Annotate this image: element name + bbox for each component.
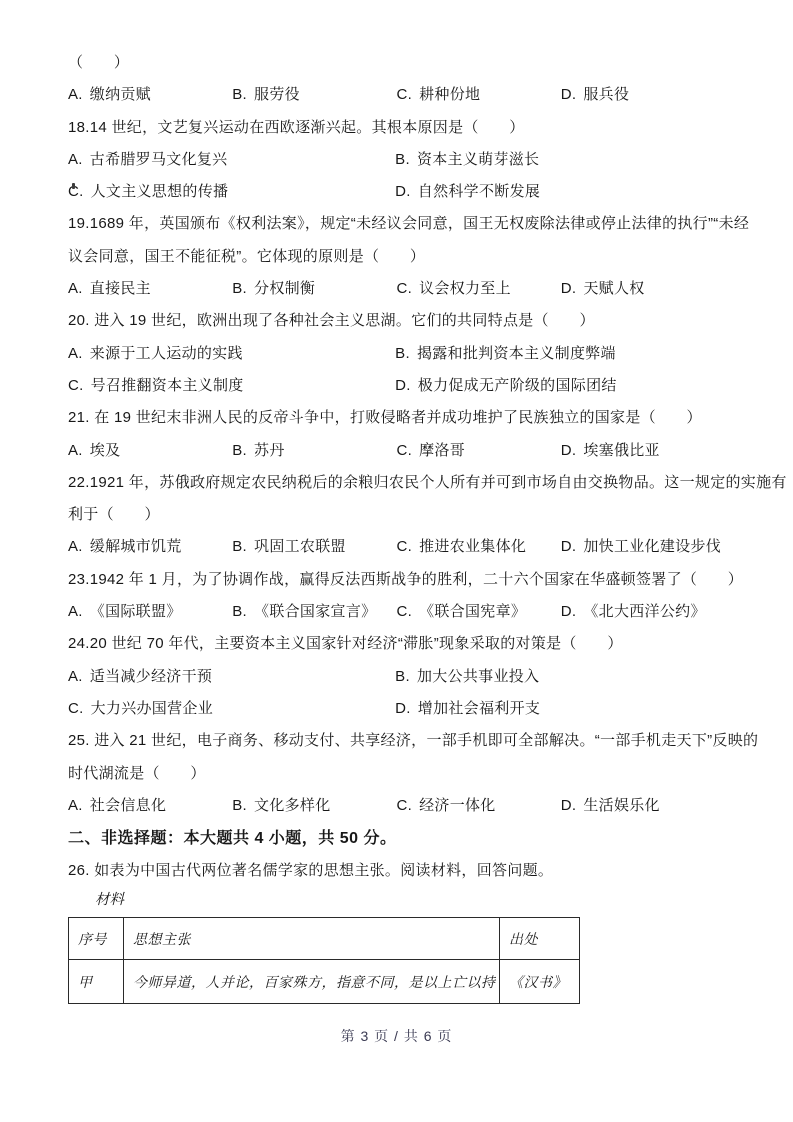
page-content: （ ）A.缴纳贡赋B.服劳役C.耕种份地D.服兵役18.14 世纪，文艺复兴运动…: [0, 0, 793, 1004]
option-label: C.: [68, 377, 84, 394]
question-text: 20. 进入 19 世纪，欧洲出现了各种社会主义思湖。它们的共同特点是（ ）: [68, 305, 725, 337]
option-text: 《国际联盟》: [90, 603, 182, 620]
option-text: 《联合国家宣言》: [254, 603, 376, 620]
option-label: C.: [397, 86, 413, 103]
option-label: D.: [561, 442, 577, 459]
table-cell: 《汉书》: [500, 960, 580, 1004]
option: C.议会权力至上: [397, 273, 561, 305]
option: C.经济一体化: [397, 790, 561, 822]
option: B.《联合国家宣言》: [232, 596, 396, 628]
question-block: 23.1942 年 1 月，为了协调作战，赢得反法西斯战争的胜利，二十六个国家在…: [68, 564, 725, 629]
question-text: 时代湖流是（ ）: [68, 758, 725, 790]
option: B.苏丹: [232, 435, 396, 467]
option-row: A.古希腊罗马文化复兴B.资本主义萌芽滋长C.人文主义思想的传播D.自然科学不断…: [68, 144, 725, 209]
option: D.生活娱乐化: [561, 790, 725, 822]
material-table: 序号 思想主张 出处 甲 今师异道，人并论，百家殊方，指意不同，是以上亡以持 《…: [68, 917, 580, 1004]
question-text: 21. 在 19 世纪末非洲人民的反帝斗争中，打败侵略者并成功堆护了民族独立的国…: [68, 402, 725, 434]
option-text: 天赋人权: [583, 280, 644, 297]
option-text: 分权制衡: [254, 280, 315, 297]
stray-ink-mark: [72, 183, 75, 189]
option-text: 增加社会福利开支: [418, 700, 540, 717]
option-label: A.: [68, 151, 83, 168]
option: D.加快工业化建设步伐: [561, 531, 725, 563]
question-block: 25. 进入 21 世纪，电子商务、移动支付、共享经济，一部手机即可全部解决。“…: [68, 725, 725, 822]
option-row: A.社会信息化B.文化多样化C.经济一体化D.生活娱乐化: [68, 790, 725, 822]
option-label: C.: [397, 538, 413, 555]
table-header-row: 序号 思想主张 出处: [69, 918, 580, 960]
material-label: 材料: [68, 888, 725, 912]
option-label: D.: [561, 86, 577, 103]
option: C.人文主义思想的传播: [68, 176, 395, 208]
option-label: B.: [395, 151, 410, 168]
table-row: 甲 今师异道，人并论，百家殊方，指意不同，是以上亡以持 《汉书》: [69, 960, 580, 1004]
option-label: D.: [561, 280, 577, 297]
option-label: A.: [68, 603, 83, 620]
section-heading: 二、非选择题：本大题共 4 小题，共 50 分。: [68, 822, 725, 855]
question-block: 24.20 世纪 70 年代，主要资本主义国家针对经济“滞胀”现象采取的对策是（…: [68, 628, 725, 725]
option-label: A.: [68, 668, 83, 685]
option-label: A.: [68, 280, 83, 297]
option-text: 生活娱乐化: [583, 797, 660, 814]
option-label: A.: [68, 86, 83, 103]
option-label: B.: [232, 603, 247, 620]
option-label: D.: [395, 377, 411, 394]
option-text: 《北大西洋公约》: [583, 603, 705, 620]
option-text: 加快工业化建设步伐: [583, 538, 721, 555]
exam-page: （ ）A.缴纳贡赋B.服劳役C.耕种份地D.服兵役18.14 世纪，文艺复兴运动…: [0, 0, 793, 1122]
table-header-cell: 思想主张: [124, 918, 500, 960]
option: C.《联合国宪章》: [397, 596, 561, 628]
option-label: C.: [397, 603, 413, 620]
option-label: C.: [397, 280, 413, 297]
option-text: 摩洛哥: [419, 442, 465, 459]
option: C.大力兴办国营企业: [68, 693, 395, 725]
question-text: 议会同意，国王不能征税”。它体现的原则是（ ）: [68, 241, 725, 273]
option-label: C.: [68, 700, 84, 717]
question-block: 20. 进入 19 世纪，欧洲出现了各种社会主义思湖。它们的共同特点是（ ）A.…: [68, 305, 725, 402]
option-row: A.《国际联盟》B.《联合国家宣言》C.《联合国宪章》D.《北大西洋公约》: [68, 596, 725, 628]
option-text: 人文主义思想的传播: [91, 183, 229, 200]
option-text: 极力促成无产阶级的国际团结: [418, 377, 617, 394]
option-text: 古希腊罗马文化复兴: [90, 151, 228, 168]
option: A.缴纳贡赋: [68, 79, 232, 111]
option-label: B.: [232, 280, 247, 297]
option: B.加大公共事业投入: [395, 661, 725, 693]
question-text: 18.14 世纪，文艺复兴运动在西欧逐渐兴起。其根本原因是（ ）: [68, 112, 725, 144]
option-label: A.: [68, 797, 83, 814]
option-text: 适当减少经济干预: [90, 668, 212, 685]
option-row: A.缴纳贡赋B.服劳役C.耕种份地D.服兵役: [68, 79, 725, 111]
option: A.古希腊罗马文化复兴: [68, 144, 395, 176]
table-header-cell: 出处: [500, 918, 580, 960]
option-text: 苏丹: [254, 442, 285, 459]
option: A.来源于工人运动的实践: [68, 338, 395, 370]
option-row: A.埃及B.苏丹C.摩洛哥D.埃塞俄比亚: [68, 435, 725, 467]
option-row: A.缓解城市饥荒B.巩固工农联盟C.推进农业集体化D.加快工业化建设步伐: [68, 531, 725, 563]
option: A.直接民主: [68, 273, 232, 305]
option-label: C.: [68, 183, 84, 200]
option-text: 埃及: [90, 442, 121, 459]
question-text: 25. 进入 21 世纪，电子商务、移动支付、共享经济，一部手机即可全部解决。“…: [68, 725, 725, 757]
option-label: B.: [232, 442, 247, 459]
option: C.摩洛哥: [397, 435, 561, 467]
option-text: 来源于工人运动的实践: [90, 345, 243, 362]
option: D.自然科学不断发展: [395, 176, 725, 208]
question-block: （ ）A.缴纳贡赋B.服劳役C.耕种份地D.服兵役: [68, 47, 725, 112]
question-text: （ ）: [68, 47, 725, 79]
option: C.推进农业集体化: [397, 531, 561, 563]
option-label: B.: [232, 797, 247, 814]
question-block: 22.1921 年，苏俄政府规定农民纳税后的余粮归农民个人所有并可到市场自由交换…: [68, 467, 725, 564]
option-text: 经济一体化: [419, 797, 496, 814]
option-label: D.: [561, 797, 577, 814]
option: C.耕种份地: [397, 79, 561, 111]
option-text: 加大公共事业投入: [417, 668, 539, 685]
option: D.极力促成无产阶级的国际团结: [395, 370, 725, 402]
option-text: 资本主义萌芽滋长: [417, 151, 539, 168]
question-text: 19.1689 年，英国颁布《权利法案》，规定“未经议会同意，国王无权废除法律或…: [68, 208, 725, 240]
question-text: 22.1921 年，苏俄政府规定农民纳税后的余粮归农民个人所有并可到市场自由交换…: [68, 467, 725, 499]
option-label: B.: [395, 668, 410, 685]
option-label: A.: [68, 442, 83, 459]
option: A.《国际联盟》: [68, 596, 232, 628]
option: D.埃塞俄比亚: [561, 435, 725, 467]
option: D.服兵役: [561, 79, 725, 111]
option: B.揭露和批判资本主义制度弊端: [395, 338, 725, 370]
option-text: 服兵役: [583, 86, 629, 103]
option: B.巩固工农联盟: [232, 531, 396, 563]
option: A.缓解城市饥荒: [68, 531, 232, 563]
question-text: 23.1942 年 1 月，为了协调作战，赢得反法西斯战争的胜利，二十六个国家在…: [68, 564, 725, 596]
option: C.号召推翻资本主义制度: [68, 370, 395, 402]
option-label: B.: [232, 538, 247, 555]
questions: （ ）A.缴纳贡赋B.服劳役C.耕种份地D.服兵役18.14 世纪，文艺复兴运动…: [68, 47, 725, 822]
option-label: B.: [395, 345, 410, 362]
option: B.文化多样化: [232, 790, 396, 822]
option-text: 自然科学不断发展: [418, 183, 540, 200]
option: A.适当减少经济干预: [68, 661, 395, 693]
option-text: 大力兴办国营企业: [91, 700, 213, 717]
option-text: 服劳役: [254, 86, 300, 103]
option-text: 直接民主: [90, 280, 151, 297]
question-block: 21. 在 19 世纪末非洲人民的反帝斗争中，打败侵略者并成功堆护了民族独立的国…: [68, 402, 725, 467]
question-text: 24.20 世纪 70 年代，主要资本主义国家针对经济“滞胀”现象采取的对策是（…: [68, 628, 725, 660]
option-text: 号召推翻资本主义制度: [91, 377, 244, 394]
question-text: 利于（ ）: [68, 499, 725, 531]
option-row: A.适当减少经济干预B.加大公共事业投入C.大力兴办国营企业D.增加社会福利开支: [68, 661, 725, 726]
option-text: 文化多样化: [254, 797, 331, 814]
option: D.《北大西洋公约》: [561, 596, 725, 628]
option-label: C.: [397, 442, 413, 459]
table-header-cell: 序号: [69, 918, 124, 960]
option-text: 议会权力至上: [419, 280, 511, 297]
option-text: 埃塞俄比亚: [583, 442, 660, 459]
question-block: 18.14 世纪，文艺复兴运动在西欧逐渐兴起。其根本原因是（ ）A.古希腊罗马文…: [68, 112, 725, 209]
option-text: 耕种份地: [419, 86, 480, 103]
option: A.埃及: [68, 435, 232, 467]
option-text: 揭露和批判资本主义制度弊端: [417, 345, 616, 362]
option-label: A.: [68, 345, 83, 362]
option-text: 缓解城市饥荒: [90, 538, 182, 555]
option-text: 推进农业集体化: [419, 538, 526, 555]
option-text: 社会信息化: [90, 797, 167, 814]
option-text: 缴纳贡赋: [90, 86, 151, 103]
option: A.社会信息化: [68, 790, 232, 822]
option-label: D.: [395, 183, 411, 200]
option-row: A.直接民主B.分权制衡C.议会权力至上D.天赋人权: [68, 273, 725, 305]
option-text: 巩固工农联盟: [254, 538, 346, 555]
option-label: D.: [395, 700, 411, 717]
option: B.服劳役: [232, 79, 396, 111]
option: B.分权制衡: [232, 273, 396, 305]
option: B.资本主义萌芽滋长: [395, 144, 725, 176]
option-label: C.: [397, 797, 413, 814]
table-cell: 今师异道，人并论，百家殊方，指意不同，是以上亡以持: [124, 960, 500, 1004]
option-label: D.: [561, 538, 577, 555]
page-number: 第 3 页 / 共 6 页: [0, 1026, 793, 1046]
question-26-text: 26. 如表为中国古代两位著名儒学家的思想主张。阅读材料，回答问题。: [68, 855, 725, 887]
question-block: 19.1689 年，英国颁布《权利法案》，规定“未经议会同意，国王无权废除法律或…: [68, 208, 725, 305]
option: D.增加社会福利开支: [395, 693, 725, 725]
option-label: D.: [561, 603, 577, 620]
option-text: 《联合国宪章》: [419, 603, 526, 620]
table-cell: 甲: [69, 960, 124, 1004]
option-label: A.: [68, 538, 83, 555]
option-row: A.来源于工人运动的实践B.揭露和批判资本主义制度弊端C.号召推翻资本主义制度D…: [68, 338, 725, 403]
option-label: B.: [232, 86, 247, 103]
option: D.天赋人权: [561, 273, 725, 305]
